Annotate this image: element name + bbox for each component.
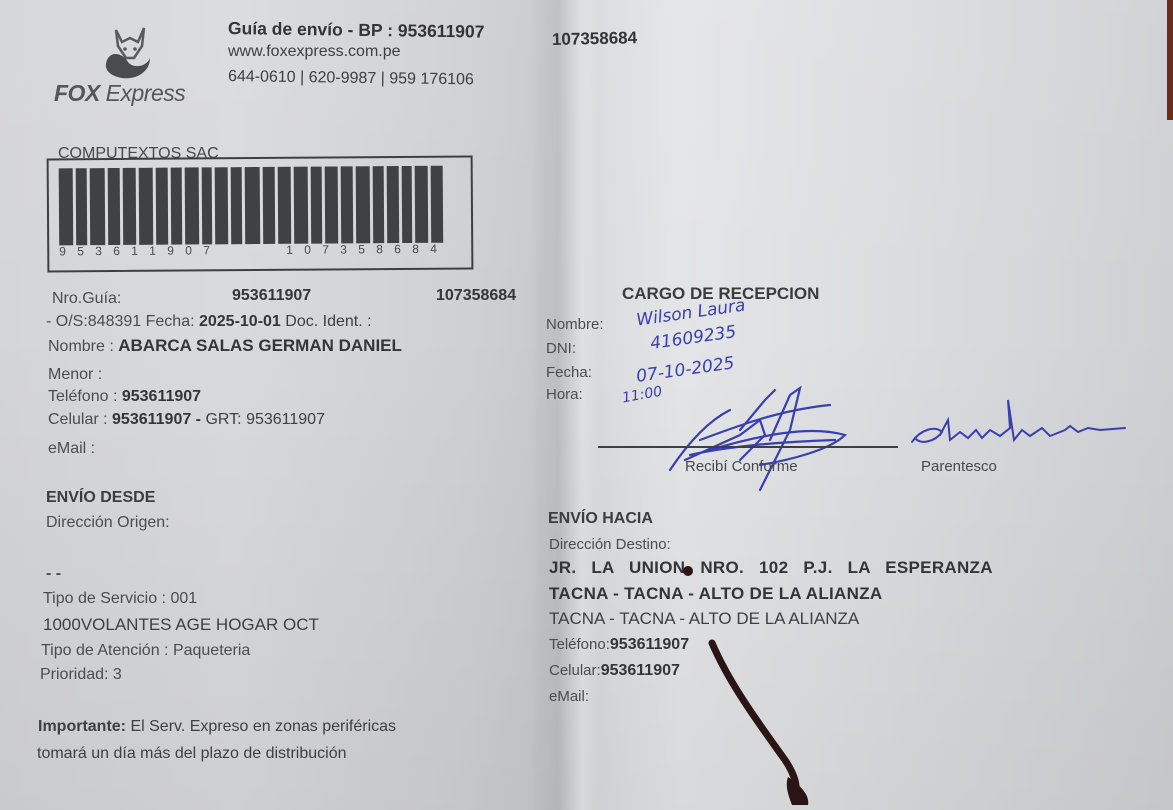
important-note: Importante: El Serv. Expreso en zonas pe…	[38, 718, 396, 736]
guide-title: Guía de envío - BP : 953611907	[228, 18, 485, 43]
reception-nombre-label: Nombre:	[546, 316, 604, 333]
grt-label: GRT:	[205, 411, 241, 428]
barcode: 953611907 107358684	[47, 156, 474, 273]
prioridad: Prioridad: 3	[40, 666, 122, 684]
barcode-digits-right: 107358684	[286, 242, 448, 257]
marker-stroke	[620, 555, 840, 810]
guide-secondary-number: 107358684	[552, 28, 637, 50]
reception-hora-label: Hora:	[546, 386, 583, 403]
brand-name-bold: FOX	[54, 80, 100, 106]
destination-title: ENVÍO HACIA	[548, 510, 653, 528]
signatures-layer	[590, 380, 1150, 500]
nro-guia-secondary: 107358684	[436, 287, 516, 305]
company-phones: 644-0610 | 620-9987 | 959 176106	[228, 68, 474, 89]
doc-ident-label: Doc. Ident. :	[285, 313, 371, 330]
marker-dot	[683, 566, 693, 576]
menor-label: Menor :	[48, 366, 102, 384]
grt-value: 953611907	[246, 411, 325, 428]
fox-express-logo: FOX Express	[52, 24, 212, 114]
shipment-description: 1000VOLANTES AGE HOGAR OCT	[43, 615, 319, 635]
recibi-conforme-line	[598, 446, 898, 448]
destination-direccion-label: Dirección Destino:	[549, 536, 671, 553]
barcode-digits-left: 953611907	[59, 243, 221, 258]
tipo-servicio: Tipo de Servicio : 001	[43, 590, 197, 608]
important-label: Importante:	[38, 718, 126, 735]
brand-name: FOX Express	[54, 80, 185, 107]
origin-direccion-label: Dirección Origen:	[46, 514, 170, 532]
telefono-value: 953611907	[122, 388, 201, 405]
celular-value: 953611907 -	[112, 411, 201, 428]
os-line: - O/S:848391 Fecha: 2025-10-01 Doc. Iden…	[46, 313, 372, 331]
nro-guia-label: Nro.Guía:	[52, 290, 121, 308]
important-note-line-2: tomará un día más del plazo de distribuc…	[37, 745, 347, 763]
barcode-bars	[59, 166, 463, 246]
telefono-row: Teléfono : 953611907	[48, 388, 201, 406]
nombre-value: ABARCA SALAS GERMAN DANIEL	[118, 336, 402, 355]
celular-row: Celular : 953611907 - GRT: 953611907	[48, 411, 325, 429]
origin-title: ENVÍO DESDE	[46, 489, 155, 507]
nombre-label: Nombre :	[48, 338, 114, 355]
os-label: - O/S:848391 Fecha:	[46, 313, 195, 330]
destination-telefono-label: Teléfono:	[549, 636, 610, 653]
destination-email-label: eMail:	[549, 688, 589, 705]
website-link: www.foxexpress.com.pe	[228, 43, 401, 61]
fox-icon	[100, 24, 160, 80]
fecha-value: 2025-10-01	[199, 313, 281, 330]
nro-guia-value: 953611907	[232, 287, 311, 305]
reception-fecha-label: Fecha:	[546, 364, 592, 381]
reception-dni-label: DNI:	[546, 340, 576, 357]
destination-celular-label: Celular:	[549, 662, 601, 679]
parentesco-signature	[912, 400, 1125, 442]
telefono-label: Teléfono :	[48, 388, 117, 405]
nombre-row: Nombre : ABARCA SALAS GERMAN DANIEL	[48, 336, 402, 356]
important-text: El Serv. Expreso en zonas periféricas	[126, 718, 396, 735]
email-label: eMail :	[48, 440, 95, 458]
parentesco-caption: Parentesco	[921, 458, 997, 475]
brand-name-rest: Express	[100, 80, 185, 106]
tipo-atencion: Tipo de Atención : Paqueteria	[41, 642, 250, 660]
origin-direccion-value: - -	[46, 565, 61, 583]
table-edge	[1167, 0, 1173, 120]
celular-label: Celular :	[48, 411, 108, 428]
recibi-conforme-caption: Recibí Conforme	[685, 458, 798, 475]
